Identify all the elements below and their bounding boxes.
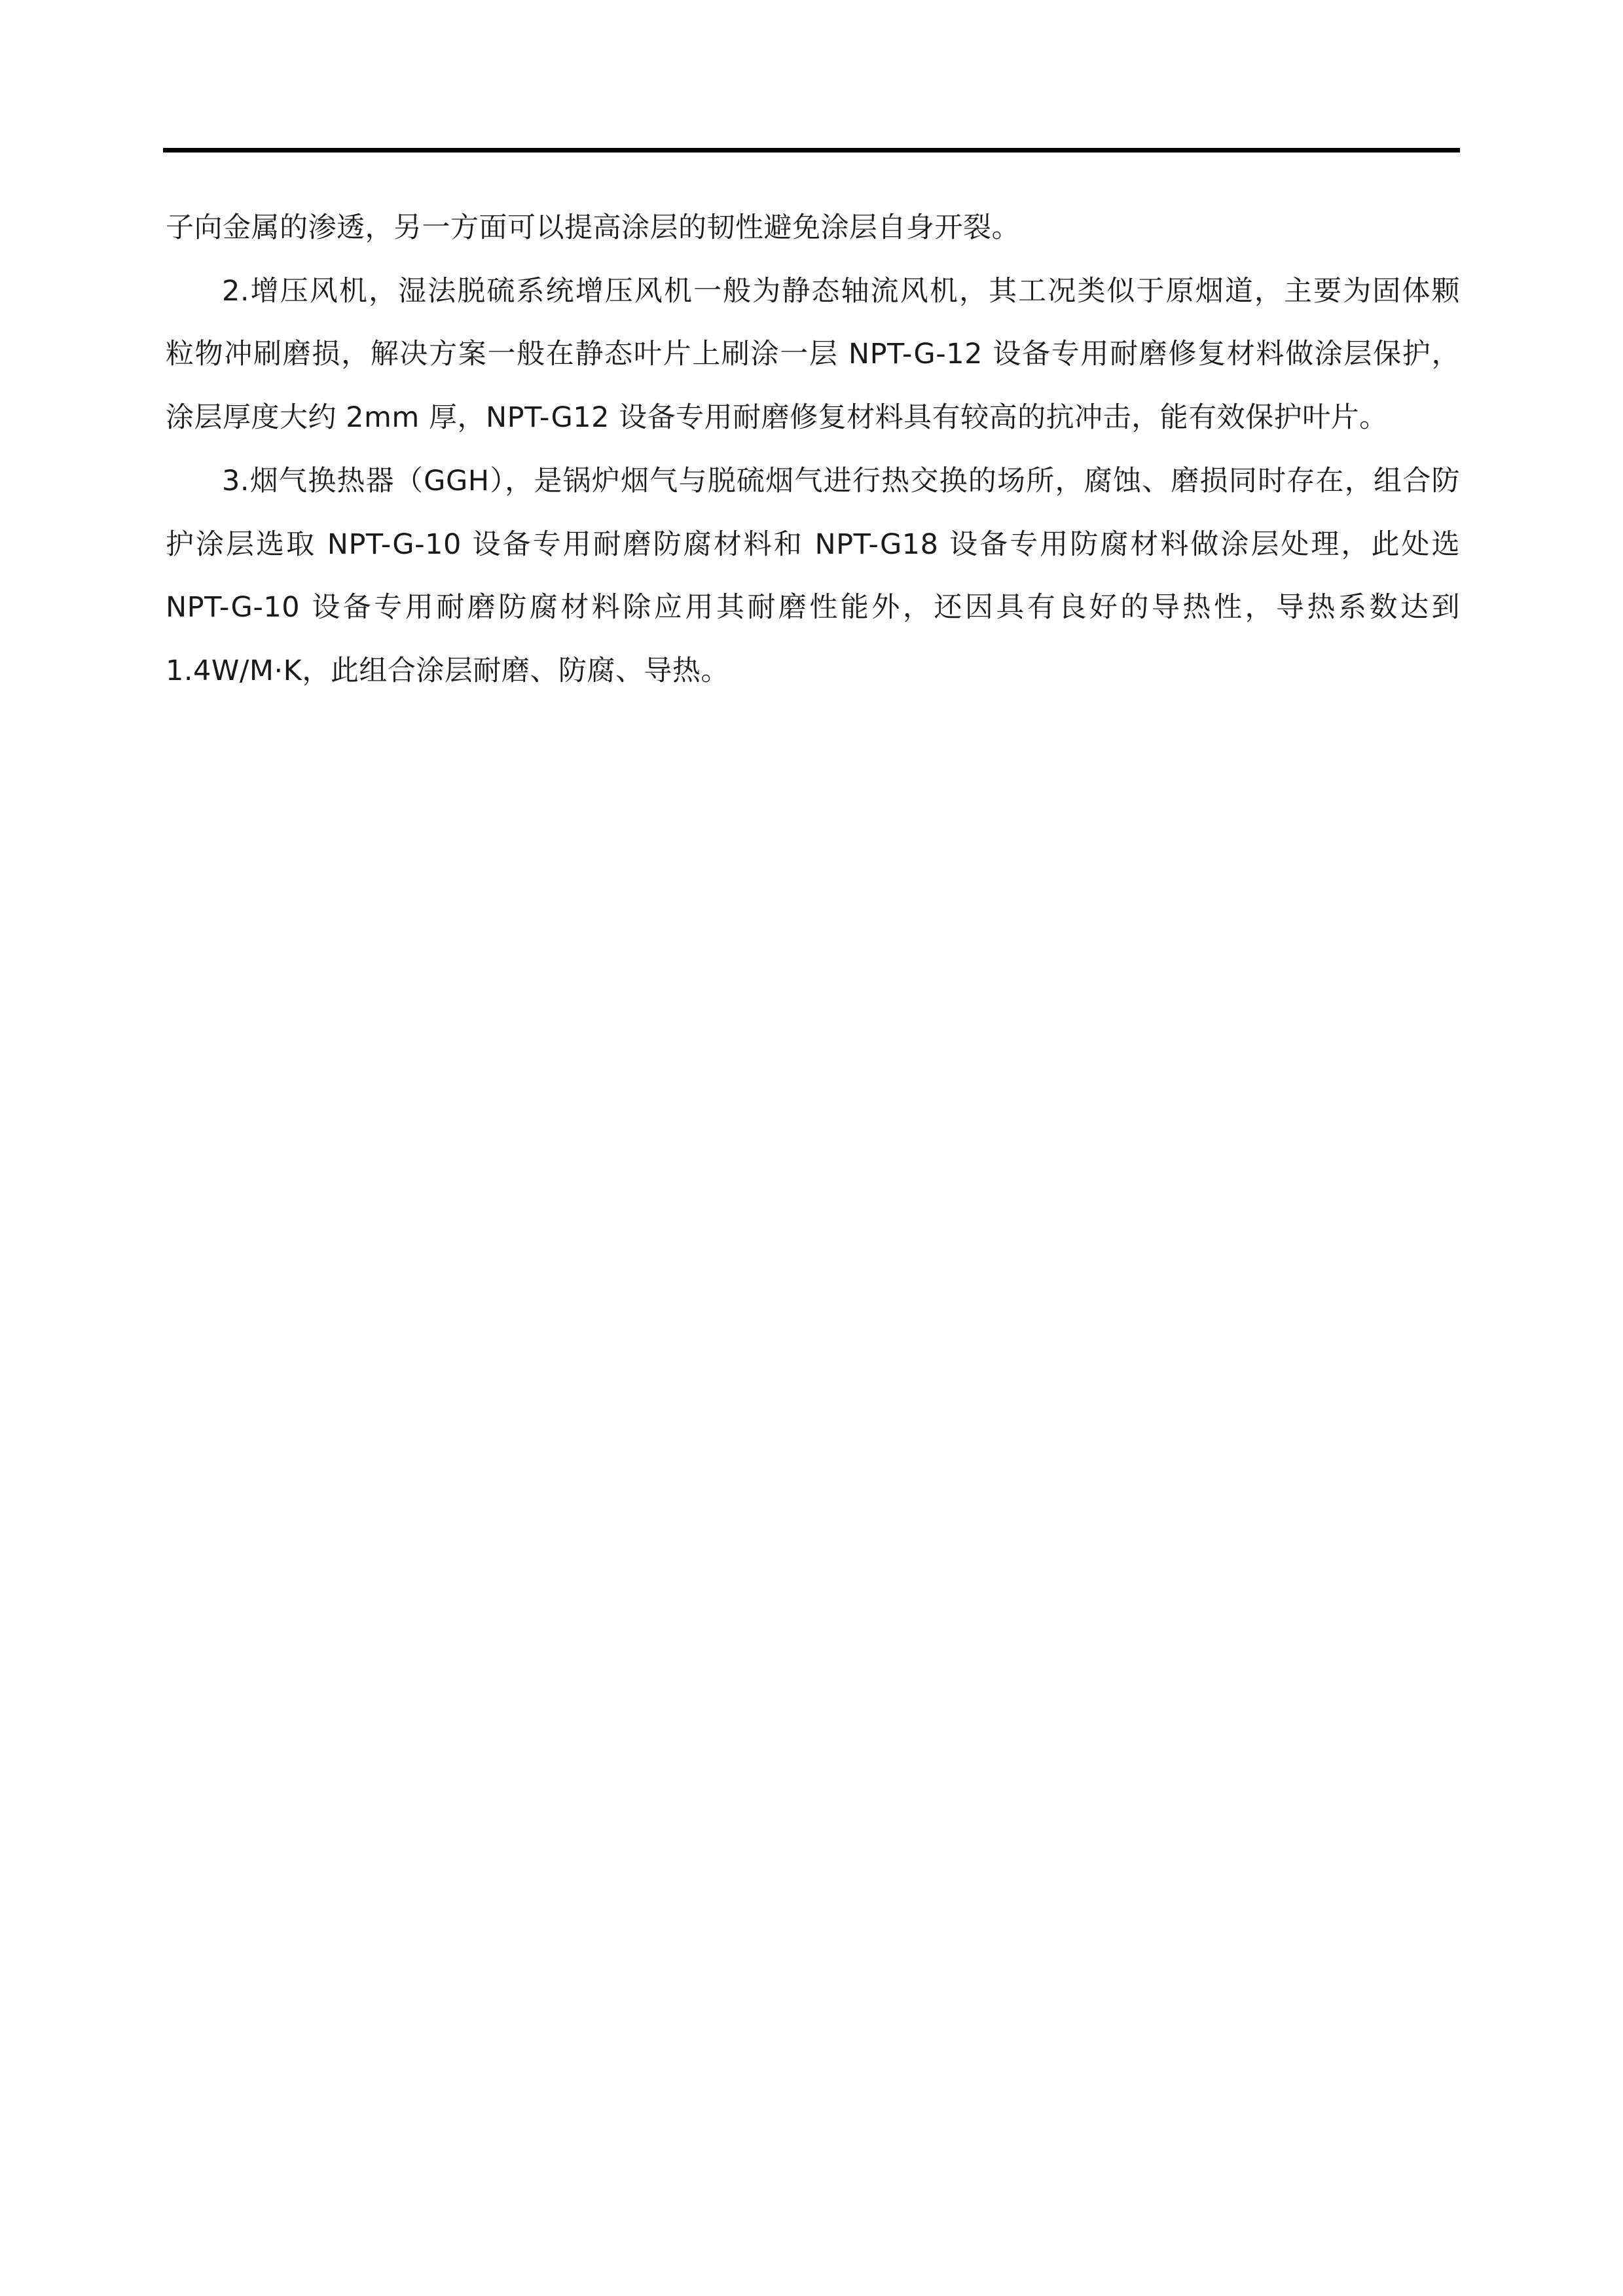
text-line: 子向金属的渗透，另一方面可以提高涂层的韧性避免涂层自身开裂。 (166, 196, 1460, 260)
text-line: 涂层厚度大约 2mm 厚，NPT-G12 设备专用耐磨修复材料具有较高的抗冲击，… (166, 386, 1460, 450)
paragraph-2: 2.增压风机，湿法脱硫系统增压风机一般为静态轴流风机，其工况类似于原烟道，主要为… (166, 260, 1460, 450)
document-body: 子向金属的渗透，另一方面可以提高涂层的韧性避免涂层自身开裂。 2.增压风机，湿法… (166, 196, 1460, 703)
paragraph-3: 3.烟气换热器（GGH），是锅炉烟气与脱硫烟气进行热交换的场所，腐蚀、磨损同时存… (166, 450, 1460, 703)
text-line: 3.烟气换热器（GGH），是锅炉烟气与脱硫烟气进行热交换的场所，腐蚀、磨损同时存… (166, 450, 1460, 513)
header-rule (163, 148, 1460, 152)
text-line: NPT-G-10 设备专用耐磨防腐材料除应用其耐磨性能外，还因具有良好的导热性，… (166, 576, 1460, 639)
document-page: 子向金属的渗透，另一方面可以提高涂层的韧性避免涂层自身开裂。 2.增压风机，湿法… (0, 0, 1623, 2296)
text-line: 护涂层选取 NPT-G-10 设备专用耐磨防腐材料和 NPT-G18 设备专用防… (166, 513, 1460, 577)
text-line: 1.4W/M·K，此组合涂层耐磨、防腐、导热。 (166, 639, 1460, 703)
paragraph-continuation: 子向金属的渗透，另一方面可以提高涂层的韧性避免涂层自身开裂。 (166, 196, 1460, 260)
text-line: 2.增压风机，湿法脱硫系统增压风机一般为静态轴流风机，其工况类似于原烟道，主要为… (166, 260, 1460, 323)
text-line: 粒物冲刷磨损，解决方案一般在静态叶片上刷涂一层 NPT-G-12 设备专用耐磨修… (166, 323, 1460, 386)
